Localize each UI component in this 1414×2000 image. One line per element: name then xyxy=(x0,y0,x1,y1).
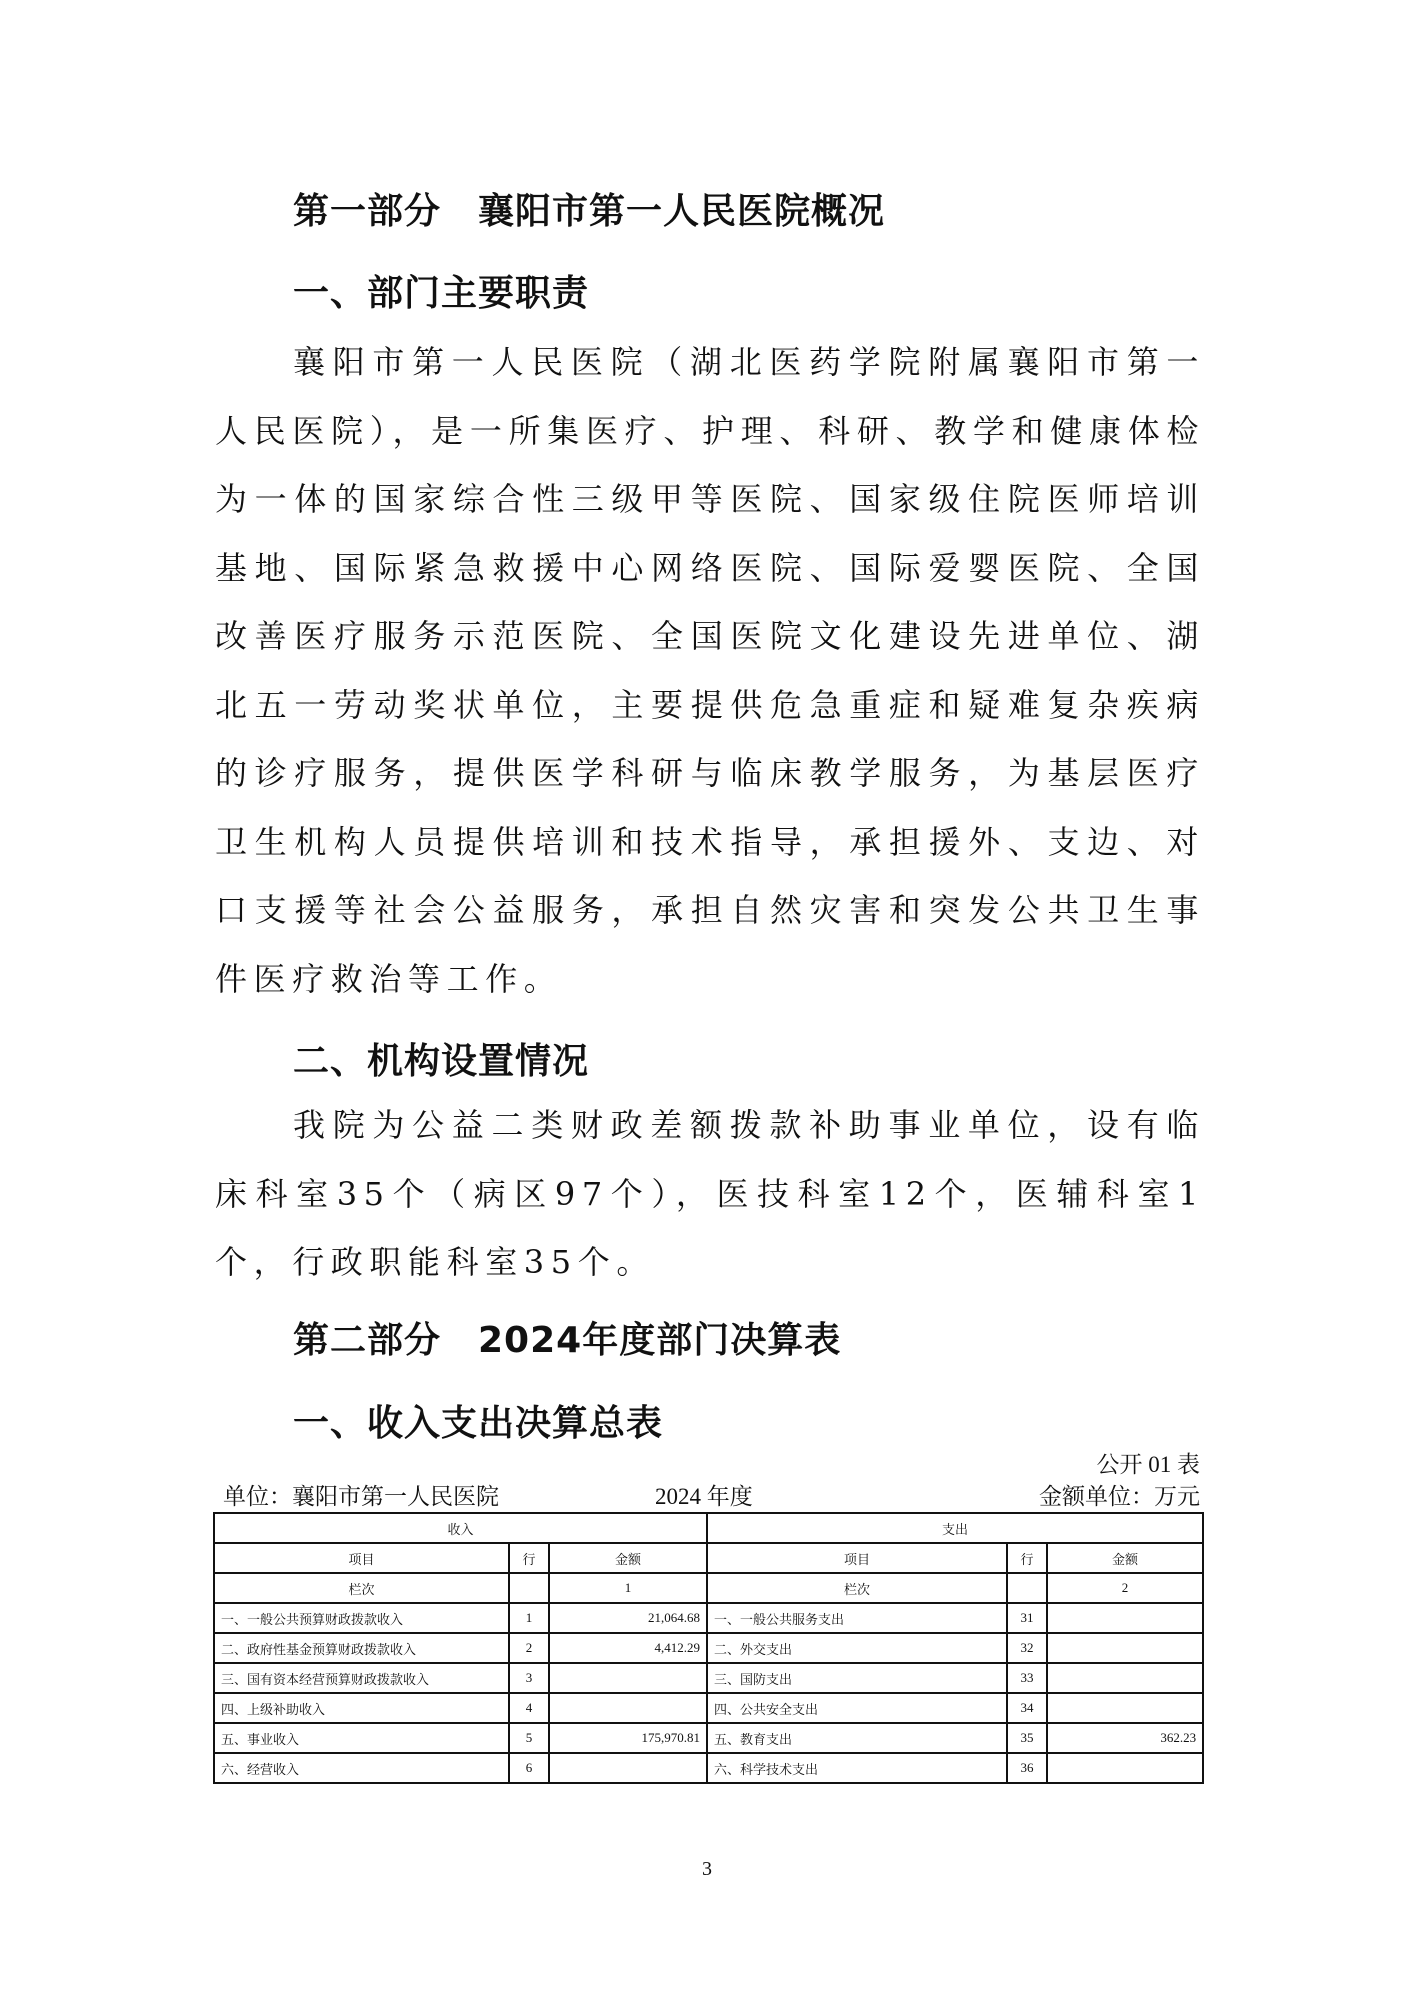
expense-amount xyxy=(1047,1663,1203,1693)
expense-item: 六、科学技术支出 xyxy=(707,1753,1007,1783)
income-amount: 4,412.29 xyxy=(549,1633,707,1663)
income-item: 二、政府性基金预算财政拨款收入 xyxy=(214,1633,509,1663)
income-amount xyxy=(549,1753,707,1783)
income-item: 六、经营收入 xyxy=(214,1753,509,1783)
income-amount xyxy=(549,1693,707,1723)
income-expense-table: 收入 支出 项目 行 金额 项目 行 金额 栏次 1 栏次 2 一、一般公共预算… xyxy=(213,1512,1204,1784)
expense-col-amount: 金额 xyxy=(1047,1543,1203,1573)
income-amount xyxy=(549,1663,707,1693)
expense-amount: 362.23 xyxy=(1047,1723,1203,1753)
income-group-header: 收入 xyxy=(214,1513,707,1543)
expense-row-no: 36 xyxy=(1007,1753,1047,1783)
expense-row-no: 31 xyxy=(1007,1603,1047,1633)
expense-item: 一、一般公共服务支出 xyxy=(707,1603,1007,1633)
expense-seq-label: 栏次 xyxy=(707,1573,1007,1603)
section-heading-organization: 二、机构设置情况 xyxy=(293,1033,589,1084)
section-heading-responsibilities: 一、部门主要职责 xyxy=(293,265,589,316)
expense-amount xyxy=(1047,1603,1203,1633)
expense-seq-row-empty xyxy=(1007,1573,1047,1603)
table-row: 二、政府性基金预算财政拨款收入 2 4,412.29 二、外交支出 32 xyxy=(214,1633,1203,1663)
expense-row-no: 35 xyxy=(1007,1723,1047,1753)
income-row-no: 5 xyxy=(509,1723,549,1753)
expense-seq-number: 2 xyxy=(1047,1573,1203,1603)
page-number: 3 xyxy=(0,1858,1414,1881)
table-unit: 单位：襄阳市第一人民医院 xyxy=(223,1478,499,1511)
income-col-item: 项目 xyxy=(214,1543,509,1573)
expense-row-no: 33 xyxy=(1007,1663,1047,1693)
income-row-no: 2 xyxy=(509,1633,549,1663)
expense-amount xyxy=(1047,1693,1203,1723)
table-seq-row: 栏次 1 栏次 2 xyxy=(214,1573,1203,1603)
table-year: 2024 年度 xyxy=(655,1478,753,1511)
document-page: 第一部分 襄阳市第一人民医院概况 一、部门主要职责 襄阳市第一人民医院（湖北医药… xyxy=(0,0,1414,2000)
expense-amount xyxy=(1047,1633,1203,1663)
table-row: 四、上级补助收入 4 四、公共安全支出 34 xyxy=(214,1693,1203,1723)
income-row-no: 4 xyxy=(509,1693,549,1723)
income-amount: 21,064.68 xyxy=(549,1603,707,1633)
income-seq-row-empty xyxy=(509,1573,549,1603)
expense-row-no: 34 xyxy=(1007,1693,1047,1723)
expense-amount xyxy=(1047,1753,1203,1783)
organization-paragraph: 我院为公益二类财政差额拨款补助事业单位，设有临床科室35个（病区97个），医技科… xyxy=(215,1091,1205,1297)
expense-col-item: 项目 xyxy=(707,1543,1007,1573)
income-row-no: 1 xyxy=(509,1603,549,1633)
expense-col-row: 行 xyxy=(1007,1543,1047,1573)
table-row: 五、事业收入 5 175,970.81 五、教育支出 35 362.23 xyxy=(214,1723,1203,1753)
table-group-header-row: 收入 支出 xyxy=(214,1513,1203,1543)
income-item: 四、上级补助收入 xyxy=(214,1693,509,1723)
income-row-no: 6 xyxy=(509,1753,549,1783)
income-item: 三、国有资本经营预算财政拨款收入 xyxy=(214,1663,509,1693)
responsibilities-paragraph: 襄阳市第一人民医院（湖北医药学院附属襄阳市第一人民医院），是一所集医疗、护理、科… xyxy=(215,328,1205,1013)
expense-item: 四、公共安全支出 xyxy=(707,1693,1007,1723)
income-col-row: 行 xyxy=(509,1543,549,1573)
income-seq-number: 1 xyxy=(549,1573,707,1603)
expense-group-header: 支出 xyxy=(707,1513,1203,1543)
income-col-amount: 金额 xyxy=(549,1543,707,1573)
income-seq-label: 栏次 xyxy=(214,1573,509,1603)
expense-item: 二、外交支出 xyxy=(707,1633,1007,1663)
table-row: 三、国有资本经营预算财政拨款收入 3 三、国防支出 33 xyxy=(214,1663,1203,1693)
table-row: 六、经营收入 6 六、科学技术支出 36 xyxy=(214,1753,1203,1783)
table-column-header-row: 项目 行 金额 项目 行 金额 xyxy=(214,1543,1203,1573)
expense-item: 五、教育支出 xyxy=(707,1723,1007,1753)
section-heading-income-expense: 一、收入支出决算总表 xyxy=(293,1395,663,1446)
part1-title: 第一部分 襄阳市第一人民医院概况 xyxy=(293,183,885,234)
income-amount: 175,970.81 xyxy=(549,1723,707,1753)
expense-item: 三、国防支出 xyxy=(707,1663,1007,1693)
part2-title: 第二部分 2024年度部门决算表 xyxy=(293,1312,841,1363)
income-row-no: 3 xyxy=(509,1663,549,1693)
table-row: 一、一般公共预算财政拨款收入 1 21,064.68 一、一般公共服务支出 31 xyxy=(214,1603,1203,1633)
table-currency: 金额单位：万元 xyxy=(1039,1478,1200,1511)
expense-row-no: 32 xyxy=(1007,1633,1047,1663)
table-code: 公开 01 表 xyxy=(1097,1446,1201,1479)
income-item: 一、一般公共预算财政拨款收入 xyxy=(214,1603,509,1633)
income-item: 五、事业收入 xyxy=(214,1723,509,1753)
